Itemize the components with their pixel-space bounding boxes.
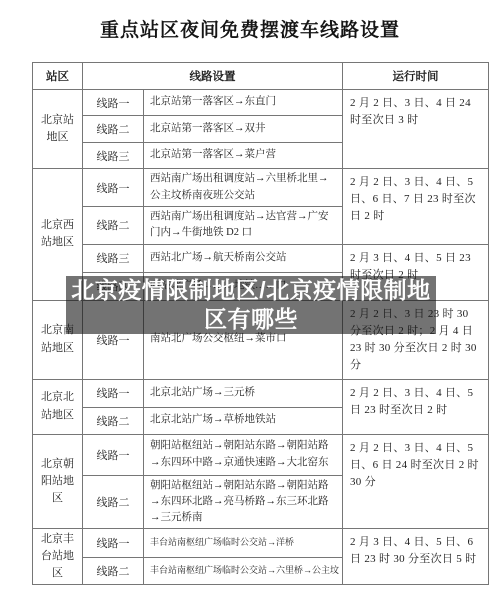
table-header-row: 站区 线路设置 运行时间 [33,63,489,90]
route-cell: 丰台站南枢纽广场临时公交站→洋桥 [144,529,343,558]
col-header-station: 站区 [33,63,83,90]
route-cell: 北京北站广场→三元桥 [144,379,343,407]
line-label: 线路二 [83,475,144,529]
line-label: 线路二 [83,407,144,434]
route-cell: 西站北广场→航天桥南公交站 [144,244,343,272]
caption-overlay-text: 北京疫情限制地区/北京疫情限制地区有哪些 [66,276,436,334]
station-cell-fengtai: 北京丰台站地区 [33,529,83,585]
table-row: 北京站地区 线路一 北京站第一落客区→东直门 2 月 2 日、3 日、4 日 2… [33,90,489,116]
station-cell-chaoyang: 北京朝阳站地区 [33,434,83,529]
table-row: 北京西站地区 线路一 西站南广场出租调度站→六里桥北里→公主坟桥南夜班公交站 2… [33,169,489,207]
line-label: 线路一 [83,434,144,475]
line-label: 线路二 [83,207,144,245]
route-cell: 北京站第一落客区→双井 [144,116,343,143]
line-label: 线路三 [83,244,144,272]
line-label: 线路二 [83,558,144,585]
col-header-route-setup: 线路设置 [83,63,343,90]
station-cell-beijing: 北京站地区 [33,90,83,169]
route-cell: 朝阳站枢纽站→朝阳站东路→朝阳站路→东四环中路→京通快速路→大北窑东 [144,434,343,475]
page-title: 重点站区夜间免费摆渡车线路设置 [0,15,500,42]
table-row: 北京朝阳站地区 线路一 朝阳站枢纽站→朝阳站东路→朝阳站路→东四环中路→京通快速… [33,434,489,475]
line-label: 线路二 [83,116,144,143]
route-cell: 西站南广场出租调度站→六里桥北里→公主坟桥南夜班公交站 [144,169,343,207]
line-label: 线路一 [83,90,144,116]
route-cell: 北京站第一落客区→东直门 [144,90,343,116]
time-cell: 2 月 2 日、3 日、4 日、5 日、6 日、7 日 23 时至次日 2 时 [343,169,489,245]
station-cell-beijingbei: 北京北站地区 [33,379,83,434]
table-row: 北京丰台站地区 线路一 丰台站南枢纽广场临时公交站→洋桥 2 月 3 日、4 日… [33,529,489,558]
line-label: 线路三 [83,143,144,169]
time-cell: 2 月 2 日、3 日、4 日、5 日、6 日 24 时至次日 2 时 30 分 [343,434,489,529]
caption-overlay-banner: 北京疫情限制地区/北京疫情限制地区有哪些 [66,276,436,334]
time-cell: 2 月 2 日、3 日、4 日、5 日 23 时至次日 2 时 [343,379,489,434]
line-label: 线路一 [83,169,144,207]
line-label: 线路一 [83,379,144,407]
route-cell: 北京站第一落客区→菜户营 [144,143,343,169]
route-cell: 朝阳站枢纽站→朝阳站东路→朝阳站路→东四环北路→亮马桥路→东三环北路→三元桥南 [144,475,343,529]
route-cell: 丰台站南枢纽广场临时公交站→六里桥→公主坟 [144,558,343,585]
route-cell: 西站南广场出租调度站→达官营→广安门内→牛街地铁 D2 口 [144,207,343,245]
route-cell: 北京北站广场→草桥地铁站 [144,407,343,434]
table-row: 线路三 西站北广场→航天桥南公交站 2 月 3 日、4 日、5 日 23 时至次… [33,244,489,272]
time-cell: 2 月 2 日、3 日、4 日 24 时至次日 3 时 [343,90,489,169]
line-label: 线路一 [83,529,144,558]
table-row: 北京北站地区 线路一 北京北站广场→三元桥 2 月 2 日、3 日、4 日、5 … [33,379,489,407]
time-cell: 2 月 3 日、4 日、5 日、6 日 23 时 30 分至次日 5 时 [343,529,489,585]
col-header-time: 运行时间 [343,63,489,90]
